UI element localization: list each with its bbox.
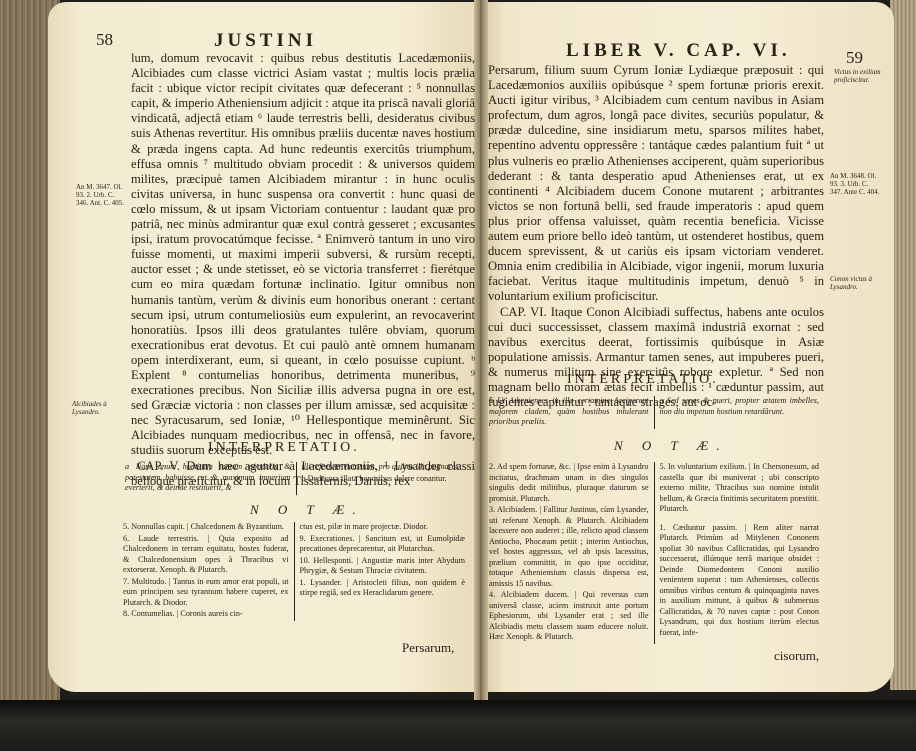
left-paragraph-1: lum, domum revocavit : quibus rebus dest… (131, 51, 475, 459)
page-number-right: 59 (846, 48, 863, 68)
left-interpretatio: a Nam unum hominem tantum ponderis & pot… (120, 462, 472, 495)
left-interpretatio-col1: a Nam unum hominem tantum ponderis & pot… (120, 462, 296, 495)
left-catchword: Persarum, (402, 640, 454, 656)
note-9: 9. Execrationes. | Sancitum est, ut Eumo… (300, 534, 466, 555)
running-head-right: LIBER V. CAP. VI. (566, 40, 791, 62)
note-1-lysander: 1. Lysander. | Aristocleti filius, non q… (300, 578, 466, 599)
right-interpretatio-col1: a Ut Athenienses in illo certamine accip… (484, 396, 654, 429)
right-notae: 2. Ad spem fortunæ, &c. | Ipse enim à Ly… (484, 462, 824, 644)
right-notae-title: N O T Æ. (614, 438, 728, 454)
right-interpretatio-title: INTERPRETATIO. (567, 372, 719, 388)
note-8: 8. Contumelias. | Coronis aureis cin- (123, 609, 289, 620)
left-notae-col1: 5. Nonnullas capit. | Chalcedonem & Byza… (118, 522, 294, 621)
page-number-left: 58 (96, 30, 113, 50)
interpretatio-note-a-cont: illi referrent victoriam, pro quibus ill… (302, 462, 468, 473)
note-10: 10. Hellesponti. | Angustiæ maris inter … (300, 556, 466, 577)
interpretatio-note-b: b Dedecora illata honoribus delere conan… (302, 474, 468, 485)
left-margin-date-note: An M. 3647. Ol. 93. 2. Urb. C. 346. Ant.… (76, 183, 128, 207)
book-shadow-base (0, 700, 916, 751)
left-notae-col2: ctus est, pilæ in mare projectæ. Diodor.… (294, 522, 471, 621)
note-2: 2. Ad spem fortunæ, &c. | Ipse enim à Ly… (489, 462, 649, 504)
open-book: 58 JUSTINI lum, domum revocavit : quibus… (0, 0, 916, 700)
right-margin-note-conon: Conon victus à Lysandro. (830, 275, 880, 291)
note-5: 5. Nonnullas capit. | Chalcedonem & Byza… (123, 522, 289, 533)
note-4: 4. Alcibiadem ducem. | Qui reversus cum … (489, 590, 649, 643)
note-3: 3. Alcibiadem. | Fallitur Justinus, cùm … (489, 505, 649, 589)
left-notae-title: N O T Æ. (250, 502, 364, 518)
left-interpretatio-title: INTERPRETATIO. (208, 440, 360, 456)
left-notae: 5. Nonnullas capit. | Chalcedonem & Byza… (118, 522, 470, 621)
right-margin-note-exilium: Victus in exilium proficiscitur. (834, 68, 884, 84)
right-notae-col2: 5. In voluntarium exilium. | In Chersone… (654, 462, 825, 644)
note-1-caeduntur: 1. Cæduntur passim. | Rem aliter narrat … (660, 523, 820, 639)
left-interpretatio-col2: illi referrent victoriam, pro quibus ill… (296, 462, 473, 495)
interpretatio-note-a2: a Sed senes & pueri, propter ætatem imbe… (660, 396, 820, 417)
note-8-cont: ctus est, pilæ in mare projectæ. Diodor. (300, 522, 466, 533)
right-notae-col1: 2. Ad spem fortunæ, &c. | Ipse enim à Ly… (484, 462, 654, 644)
interpretatio-note-a: a Ut Athenienses in illo certamine accip… (489, 396, 649, 428)
right-interpretatio: a Ut Athenienses in illo certamine accip… (484, 396, 824, 429)
interpretatio-note-a: a Nam unum hominem tantum ponderis & pot… (125, 462, 291, 494)
running-head-left: JUSTINI (214, 30, 317, 52)
right-paragraph-1: Persarum, filium suum Cyrum Ioniæ Lydiæq… (488, 63, 824, 305)
note-6: 6. Laude terrestris. | Quia exposito ad … (123, 534, 289, 576)
right-body-text: Persarum, filium suum Cyrum Ioniæ Lydiæq… (488, 63, 824, 410)
note-5-right: 5. In voluntarium exilium. | In Chersone… (660, 462, 820, 515)
left-margin-note-alcibiades: Alcibiades à Lysandro. (72, 400, 122, 416)
right-interpretatio-col2: a Sed senes & pueri, propter ætatem imbe… (654, 396, 825, 429)
left-body-text: lum, domum revocavit : quibus rebus dest… (131, 51, 475, 489)
right-catchword: cisorum, (774, 648, 819, 664)
right-margin-date-note: An M. 3648. Ol. 93. 3. Urb. C. 347. Ante… (830, 172, 880, 196)
right-paragraph-cap6: CAP. VI. Itaque Conon Alcibiadi suffectu… (488, 305, 824, 411)
note-7: 7. Multitudo. | Tantus in eum amor erat … (123, 577, 289, 609)
